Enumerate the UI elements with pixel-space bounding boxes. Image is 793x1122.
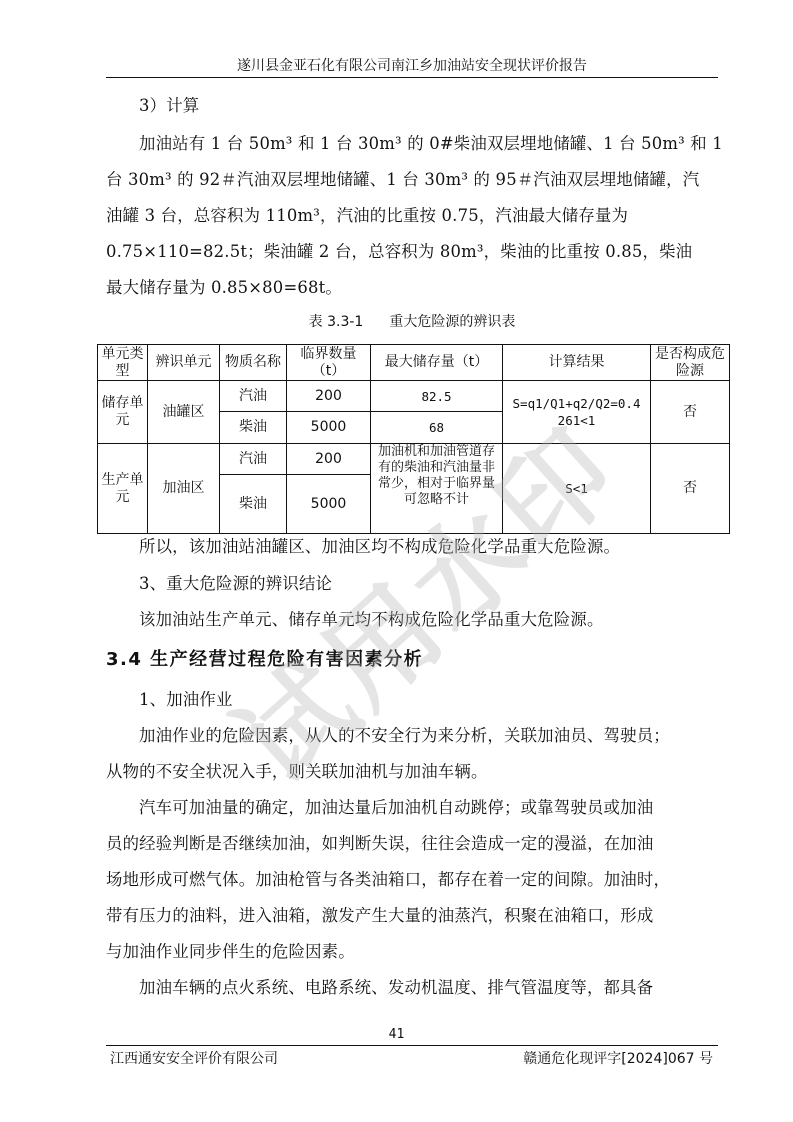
footer-doc-code: 赣通危化现评字[2024]067 号 — [523, 1048, 713, 1068]
conclusion-line: 所以，该加油站油罐区、加油区均不构成危险化学品重大危险源。 — [106, 529, 718, 565]
table-caption-number: 表 3.3-1 — [309, 314, 364, 330]
para-line: 员的经验判断是否继续加油，如判断失误，往往会造成一定的漫溢，在加油 — [106, 826, 718, 862]
para-line: 加油车辆的点火系统、电路系统、发动机温度、排气管温度等，都具备 — [106, 970, 718, 1006]
cell-substance: 汽油 — [220, 381, 287, 412]
cell-threshold: 200 — [287, 444, 371, 475]
header-substance: 物质名称 — [220, 345, 287, 381]
header-threshold: 临界数量（t） — [287, 345, 371, 381]
cell-threshold: 5000 — [287, 475, 371, 534]
identification-subheading: 3、重大危险源的辨识结论 — [106, 566, 718, 602]
para-line: 带有压力的油料，进入油箱，激发产生大量的油蒸汽，积聚在油箱口，形成 — [106, 898, 718, 934]
cell-unit-type: 储存单元 — [98, 381, 148, 444]
cell-unit: 油罐区 — [148, 381, 220, 444]
header-rule — [106, 77, 718, 78]
table-caption: 表 3.3-1重大危险源的辨识表 — [106, 311, 718, 331]
header-max-storage: 最大储存量（t） — [371, 345, 503, 381]
cell-unit-type: 生产单元 — [98, 444, 148, 534]
cell-max-storage: 82.5 — [371, 381, 503, 412]
footer-company: 江西通安安全评价有限公司 — [110, 1048, 278, 1068]
running-header: 遂川县金亚石化有限公司南江乡加油站安全现状评价报告 — [106, 55, 718, 75]
cell-max-storage-note: 加油机和加油管道存有的柴油和汽油量非常少，相对于临界量可忽略不计 — [371, 444, 503, 534]
cell-threshold: 5000 — [287, 412, 371, 444]
document-page: 遂川县金亚石化有限公司南江乡加油站安全现状评价报告 3）计算 加油站有 1 台 … — [0, 0, 793, 1122]
calc-para-line: 最大储存量为 0.85×80=68t。 — [106, 270, 718, 306]
table-header-row: 单元类型 辨识单元 物质名称 临界数量（t） 最大储存量（t） 计算结果 是否构… — [98, 345, 730, 381]
cell-result: S<1 — [503, 444, 651, 534]
table-row: 储存单元 油罐区 汽油 200 82.5 S=q1/Q1+q2/Q2=0.426… — [98, 381, 730, 412]
table-caption-title: 重大危险源的辨识表 — [389, 314, 515, 330]
calc-para-line: 加油站有 1 台 50m³ 和 1 台 30m³ 的 0#柴油双层埋地储罐、1 … — [106, 126, 718, 162]
para-line: 加油作业的危险因素，从人的不安全行为来分析，关联加油员、驾驶员； — [106, 718, 718, 754]
footer-rule — [106, 1045, 718, 1046]
header-is-hazard: 是否构成危险源 — [651, 345, 730, 381]
para-line: 从物的不安全状况入手，则关联加油机与加油车辆。 — [106, 754, 718, 790]
note-text: 加油机和加油管道存有的柴油和汽油量非常少，相对于临界量可忽略不计 — [373, 444, 500, 533]
header-unit: 辨识单元 — [148, 345, 220, 381]
cell-substance: 柴油 — [220, 475, 287, 534]
identification-result: 该加油站生产单元、储存单元均不构成危险化学品重大危险源。 — [106, 602, 718, 638]
section-heading-3-4: 3.4 生产经营过程危险有害因素分析 — [106, 645, 423, 671]
cell-substance: 柴油 — [220, 412, 287, 444]
subheading-refueling: 1、加油作业 — [106, 682, 718, 718]
cell-threshold: 200 — [287, 381, 371, 412]
cell-result: S=q1/Q1+q2/Q2=0.4261<1 — [503, 381, 651, 444]
calc-heading: 3）计算 — [106, 88, 718, 124]
hazard-identification-table: 单元类型 辨识单元 物质名称 临界数量（t） 最大储存量（t） 计算结果 是否构… — [97, 344, 730, 534]
cell-max-storage: 68 — [371, 412, 503, 444]
para-line: 场地形成可燃气体。加油枪管与各类油箱口，都存在着一定的间隙。加油时， — [106, 862, 718, 898]
header-unit-type: 单元类型 — [98, 345, 148, 381]
cell-is-hazard: 否 — [651, 444, 730, 534]
cell-is-hazard: 否 — [651, 381, 730, 444]
page-number: 41 — [0, 1027, 793, 1042]
calc-para-line: 0.75×110=82.5t；柴油罐 2 台，总容积为 80m³，柴油的比重按 … — [106, 234, 718, 270]
cell-unit: 加油区 — [148, 444, 220, 534]
table-row: 生产单元 加油区 汽油 200 加油机和加油管道存有的柴油和汽油量非常少，相对于… — [98, 444, 730, 475]
calc-para-line: 台 30m³ 的 92＃汽油双层埋地储罐、1 台 30m³ 的 95＃汽油双层埋… — [106, 162, 718, 198]
para-line: 与加油作业同步伴生的危险因素。 — [106, 934, 718, 970]
para-line: 汽车可加油量的确定，加油达量后加油机自动跳停；或靠驾驶员或加油 — [106, 790, 718, 826]
calc-para-line: 油罐 3 台，总容积为 110m³，汽油的比重按 0.75，汽油最大储存量为 — [106, 198, 718, 234]
cell-substance: 汽油 — [220, 444, 287, 475]
header-result: 计算结果 — [503, 345, 651, 381]
